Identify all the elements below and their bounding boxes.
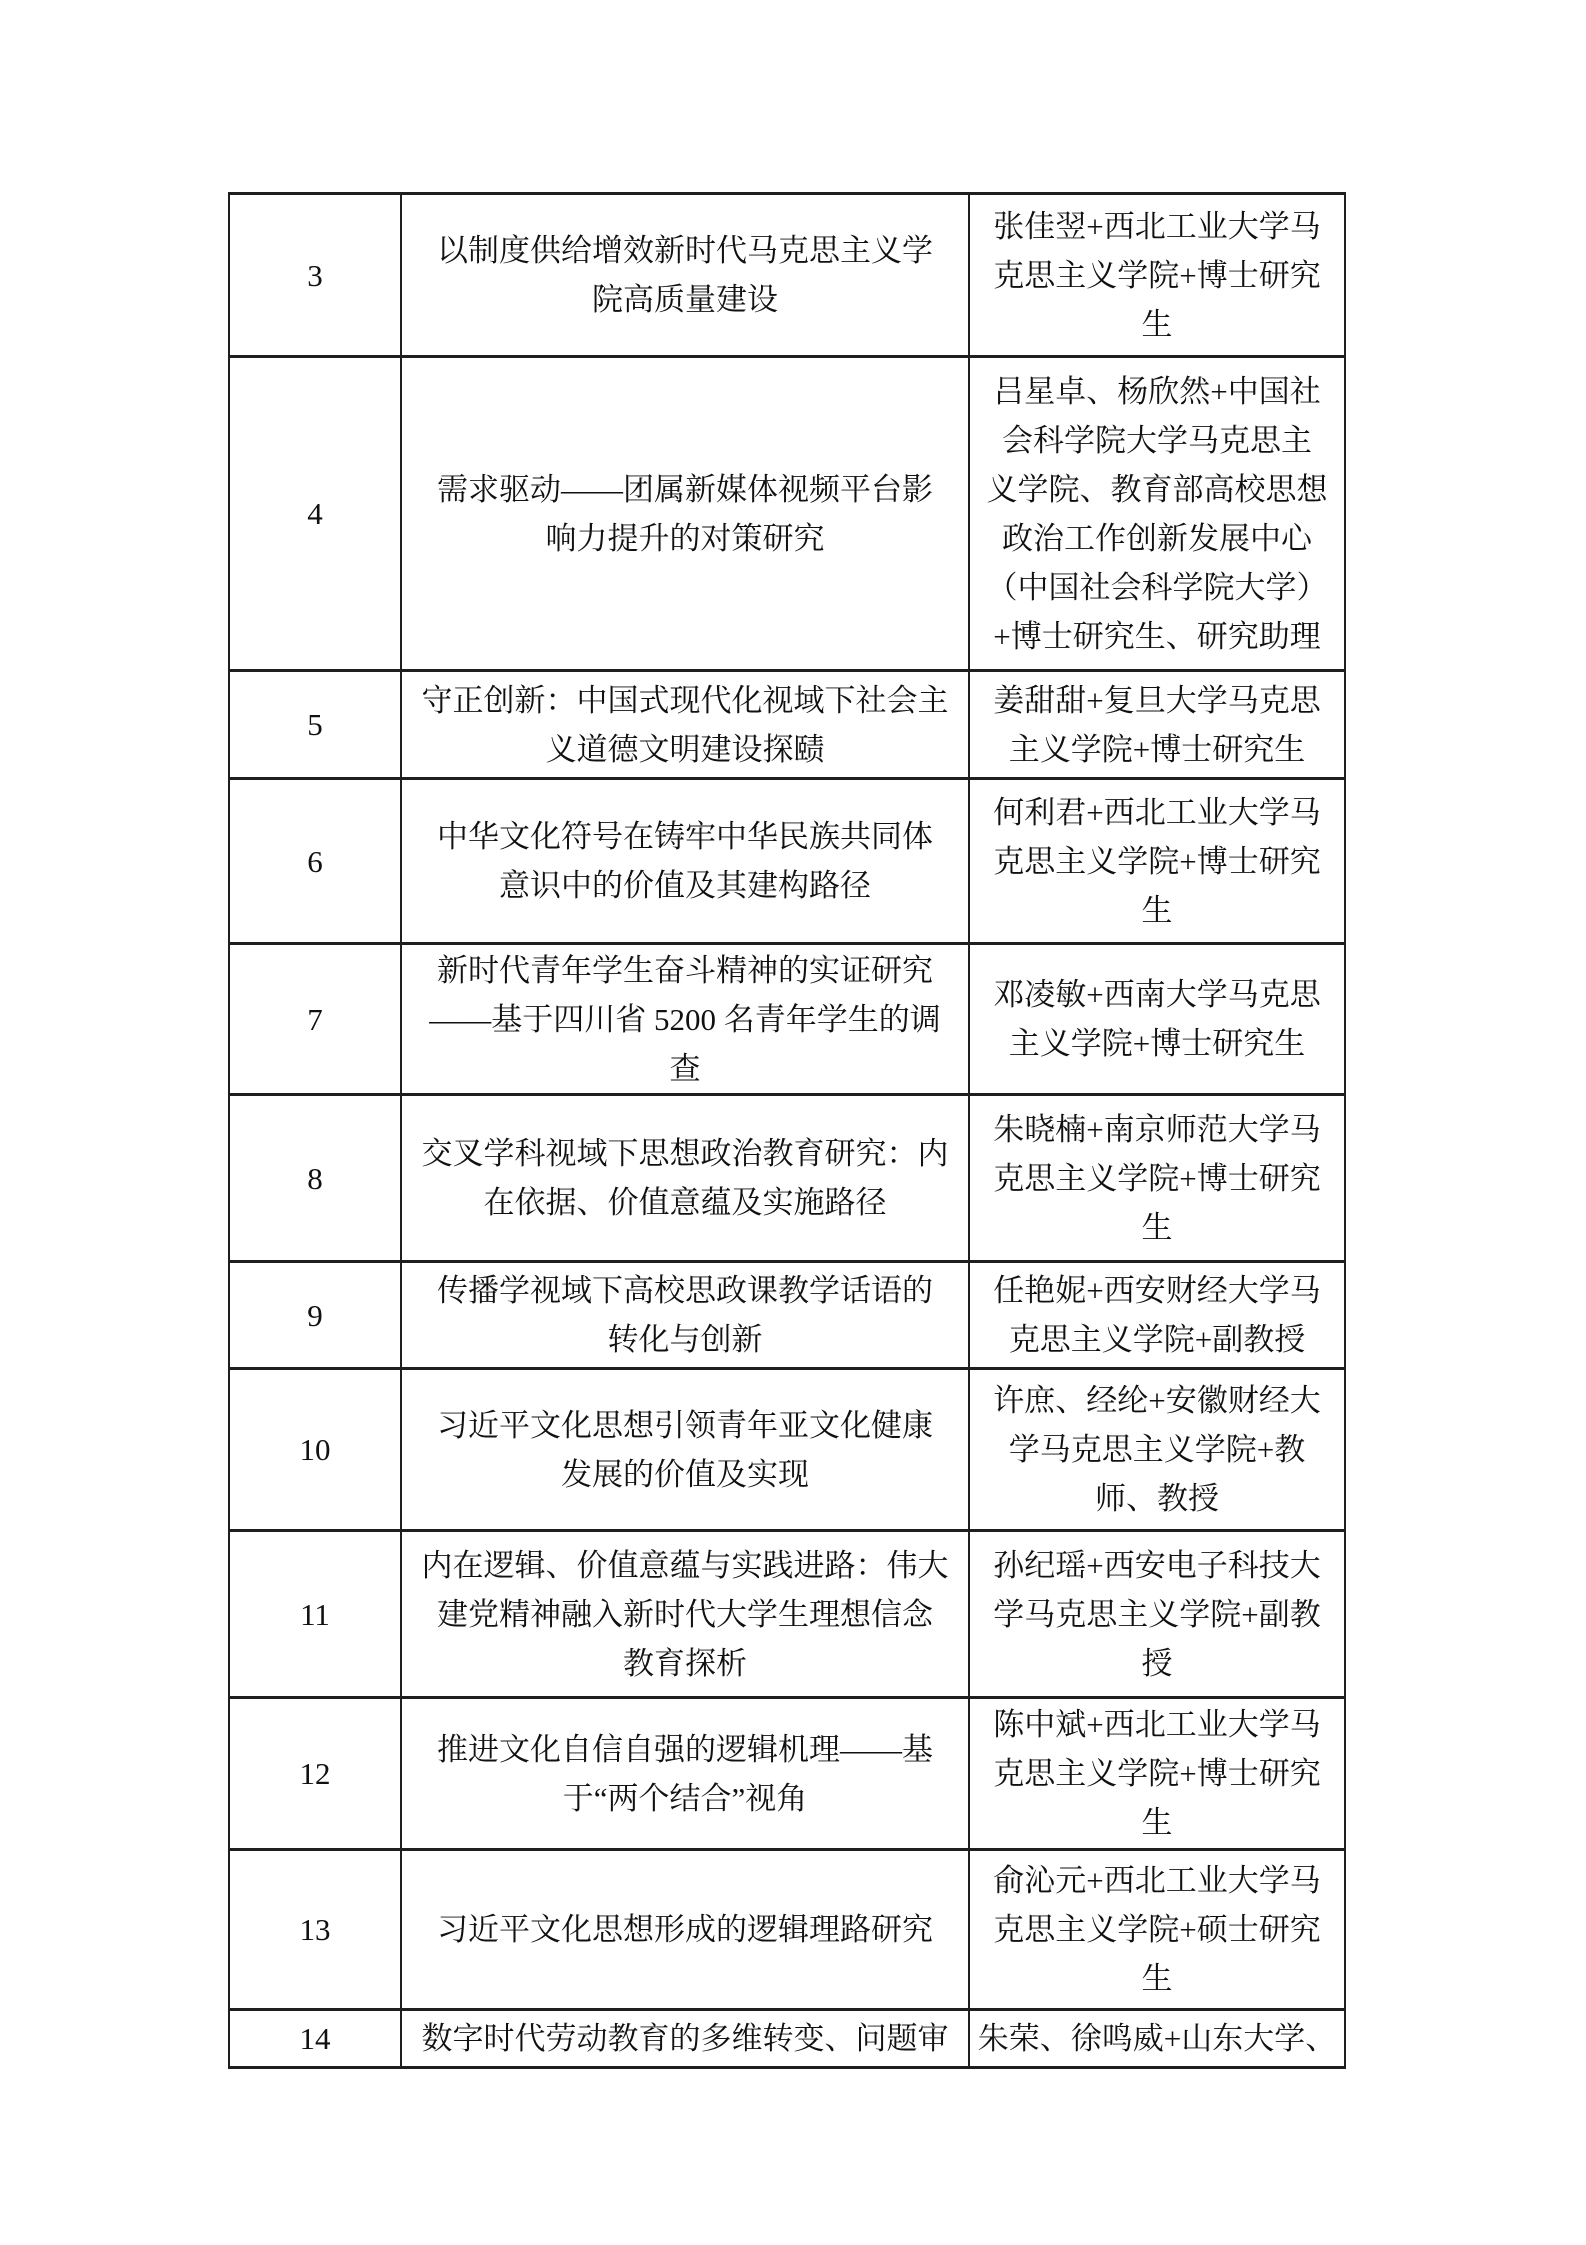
papers-table: 3 以制度供给增效新时代马克思主义学 院高质量建设 张佳翌+西北工业大学马 克思… [228, 192, 1346, 2069]
title-cell: 以制度供给增效新时代马克思主义学 院高质量建设 [401, 194, 969, 357]
table-row: 9 传播学视域下高校思政课教学话语的 转化与创新 任艳妮+西安财经大学马 克思主… [229, 1262, 1345, 1369]
row-number-cell: 5 [229, 671, 401, 779]
row-number-cell: 10 [229, 1369, 401, 1531]
row-number-cell: 13 [229, 1850, 401, 2010]
table-row: 11 内在逻辑、价值意蕴与实践进路：伟大 建党精神融入新时代大学生理想信念 教育… [229, 1531, 1345, 1698]
title-cell: 传播学视域下高校思政课教学话语的 转化与创新 [401, 1262, 969, 1369]
table-row: 3 以制度供给增效新时代马克思主义学 院高质量建设 张佳翌+西北工业大学马 克思… [229, 194, 1345, 357]
author-cell: 俞沁元+西北工业大学马 克思主义学院+硕士研究 生 [969, 1850, 1345, 2010]
table-row: 13 习近平文化思想形成的逻辑理路研究 俞沁元+西北工业大学马 克思主义学院+硕… [229, 1850, 1345, 2010]
title-cell: 习近平文化思想引领青年亚文化健康 发展的价值及实现 [401, 1369, 969, 1531]
table-row: 6 中华文化符号在铸牢中华民族共同体 意识中的价值及其建构路径 何利君+西北工业… [229, 779, 1345, 944]
author-cell: 朱荣、徐鸣威+山东大学、 [969, 2010, 1345, 2068]
table-row: 14 数字时代劳动教育的多维转变、问题审 朱荣、徐鸣威+山东大学、 [229, 2010, 1345, 2068]
table-row: 4 需求驱动——团属新媒体视频平台影 响力提升的对策研究 吕星卓、杨欣然+中国社… [229, 357, 1345, 671]
author-cell: 朱晓楠+南京师范大学马 克思主义学院+博士研究 生 [969, 1095, 1345, 1262]
author-cell: 邓凌敏+西南大学马克思 主义学院+博士研究生 [969, 944, 1345, 1095]
row-number-cell: 12 [229, 1698, 401, 1850]
author-cell: 吕星卓、杨欣然+中国社 会科学院大学马克思主 义学院、教育部高校思想 政治工作创… [969, 357, 1345, 671]
row-number-cell: 7 [229, 944, 401, 1095]
author-cell: 何利君+西北工业大学马 克思主义学院+博士研究 生 [969, 779, 1345, 944]
title-cell: 需求驱动——团属新媒体视频平台影 响力提升的对策研究 [401, 357, 969, 671]
title-cell: 数字时代劳动教育的多维转变、问题审 [401, 2010, 969, 2068]
row-number-cell: 6 [229, 779, 401, 944]
table-row: 7 新时代青年学生奋斗精神的实证研究 ——基于四川省 5200 名青年学生的调 … [229, 944, 1345, 1095]
row-number-cell: 4 [229, 357, 401, 671]
table-row: 8 交叉学科视域下思想政治教育研究：内 在依据、价值意蕴及实施路径 朱晓楠+南京… [229, 1095, 1345, 1262]
row-number-cell: 8 [229, 1095, 401, 1262]
title-cell: 交叉学科视域下思想政治教育研究：内 在依据、价值意蕴及实施路径 [401, 1095, 969, 1262]
title-cell: 中华文化符号在铸牢中华民族共同体 意识中的价值及其建构路径 [401, 779, 969, 944]
title-cell: 推进文化自信自强的逻辑机理——基 于“两个结合”视角 [401, 1698, 969, 1850]
title-cell: 守正创新：中国式现代化视域下社会主 义道德文明建设探赜 [401, 671, 969, 779]
row-number-cell: 9 [229, 1262, 401, 1369]
papers-table-body: 3 以制度供给增效新时代马克思主义学 院高质量建设 张佳翌+西北工业大学马 克思… [229, 194, 1345, 2068]
title-cell: 内在逻辑、价值意蕴与实践进路：伟大 建党精神融入新时代大学生理想信念 教育探析 [401, 1531, 969, 1698]
author-cell: 许庶、经纶+安徽财经大 学马克思主义学院+教 师、教授 [969, 1369, 1345, 1531]
author-cell: 孙纪瑶+西安电子科技大 学马克思主义学院+副教 授 [969, 1531, 1345, 1698]
row-number-cell: 11 [229, 1531, 401, 1698]
author-cell: 任艳妮+西安财经大学马 克思主义学院+副教授 [969, 1262, 1345, 1369]
table-row: 12 推进文化自信自强的逻辑机理——基 于“两个结合”视角 陈中斌+西北工业大学… [229, 1698, 1345, 1850]
author-cell: 姜甜甜+复旦大学马克思 主义学院+博士研究生 [969, 671, 1345, 779]
table-row: 5 守正创新：中国式现代化视域下社会主 义道德文明建设探赜 姜甜甜+复旦大学马克… [229, 671, 1345, 779]
table-row: 10 习近平文化思想引领青年亚文化健康 发展的价值及实现 许庶、经纶+安徽财经大… [229, 1369, 1345, 1531]
title-cell: 新时代青年学生奋斗精神的实证研究 ——基于四川省 5200 名青年学生的调 查 [401, 944, 969, 1095]
author-cell: 张佳翌+西北工业大学马 克思主义学院+博士研究 生 [969, 194, 1345, 357]
author-cell: 陈中斌+西北工业大学马 克思主义学院+博士研究 生 [969, 1698, 1345, 1850]
row-number-cell: 14 [229, 2010, 401, 2068]
title-cell: 习近平文化思想形成的逻辑理路研究 [401, 1850, 969, 2010]
row-number-cell: 3 [229, 194, 401, 357]
document-page: 3 以制度供给增效新时代马克思主义学 院高质量建设 张佳翌+西北工业大学马 克思… [0, 0, 1586, 2245]
